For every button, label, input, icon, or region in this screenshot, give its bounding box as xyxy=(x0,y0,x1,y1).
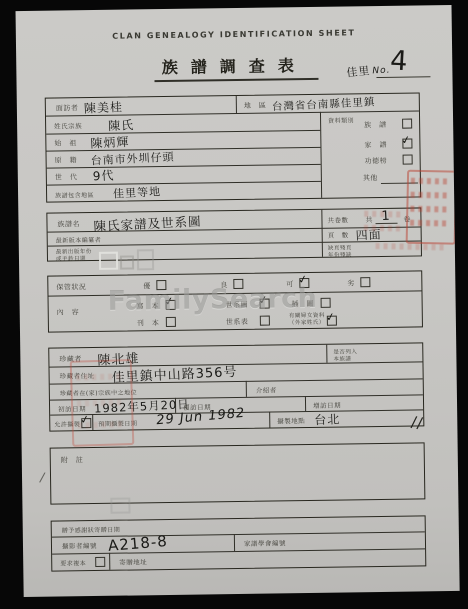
content-label: 內 容 xyxy=(57,307,80,317)
title-underline xyxy=(154,78,318,82)
content-women-label-line2: （外家姓氏） xyxy=(289,318,325,327)
grid-line xyxy=(234,534,235,551)
generations-value: 9代 xyxy=(92,166,114,184)
familysearch-logo-mark xyxy=(137,249,154,270)
coverage-value: 佳里等地 xyxy=(113,183,162,201)
checkbox-illustrations xyxy=(321,298,331,308)
checkbox-request-copy xyxy=(95,557,105,567)
form-english-title: CLAN GENEALOGY IDENTIFICATION SHEET xyxy=(16,27,452,42)
red-seal-stamp-right xyxy=(357,155,455,265)
category-label: 資料類別 xyxy=(328,115,354,124)
stray-pen-slash: ∕ xyxy=(39,470,47,486)
stray-pen-slashes: ∕∕ xyxy=(410,413,425,433)
sheet-no-label: No. xyxy=(372,66,391,77)
pubyear-label-line2: 或手鈔日期 xyxy=(56,254,86,262)
condition-label: 保管狀況 xyxy=(56,282,86,292)
thanks-certificate-label: 贈予感謝狀寄贈日期 xyxy=(62,525,121,535)
grid-line xyxy=(246,381,247,397)
grid-line xyxy=(46,130,320,135)
origin-label: 原 籍 xyxy=(55,155,78,165)
content-pedigree-table-label: 世系表 xyxy=(226,317,249,327)
society-no-label: 家譜學會編號 xyxy=(244,538,286,548)
checkbox-printed xyxy=(166,317,176,327)
category-zupu-label: 族 譜 xyxy=(364,120,387,130)
content-printed-label: 刊 本 xyxy=(137,318,160,328)
clan-label: 姓氏宗族 xyxy=(54,121,82,130)
grid-line xyxy=(47,164,321,169)
section-admin: 贈予感謝狀寄贈日期 攝影者編號 A218-8 家譜學會編號 要求複本 寄贈地址 xyxy=(51,515,427,571)
familysearch-logo-mark xyxy=(99,252,118,270)
photographed-microfilm-frame: { "header": { "eyebrow": "CLAN GENEALOGY… xyxy=(0,0,468,609)
request-copy-label: 要求複本 xyxy=(60,558,86,567)
volumes-label: 共卷數 xyxy=(327,215,348,224)
area-label: 地 區 xyxy=(244,101,267,111)
checkbox-poor xyxy=(360,277,370,287)
book-title-value: 陳氏家譜及世系圖 xyxy=(93,212,202,235)
grid-line xyxy=(269,412,270,428)
photographer-no-label: 攝影者編號 xyxy=(62,541,97,550)
interviewer-value: 陳美桂 xyxy=(83,98,123,117)
familysearch-logo-mark xyxy=(110,498,130,514)
grid-line xyxy=(46,147,320,152)
checkmark-jiapu: ✓ xyxy=(400,133,411,147)
sheet-number-underline xyxy=(376,76,430,78)
stamp-stroke xyxy=(376,243,446,250)
grid-line xyxy=(47,181,321,186)
pages-label: 頁 數 xyxy=(328,230,349,239)
stamp-stroke xyxy=(364,211,404,218)
familysearch-watermark: FamilySearch xyxy=(107,283,317,317)
listed-label-line2: 本族譜 xyxy=(333,354,351,362)
grid-line xyxy=(320,112,322,198)
sheet-number-handwritten: 4 xyxy=(389,45,409,77)
stamp-stroke xyxy=(411,178,449,185)
familysearch-logo-mark xyxy=(120,255,134,269)
grid-line xyxy=(109,553,110,570)
stamp-stroke xyxy=(364,225,404,232)
sheet-town-handwritten: 佳里 xyxy=(346,62,371,80)
coverage-label: 族譜包含地區 xyxy=(55,190,94,200)
stamp-stroke xyxy=(411,192,449,199)
generations-label: 世 代 xyxy=(55,172,78,182)
film-place-label: 攝製地點 xyxy=(277,416,305,425)
introducer-label: 介紹者 xyxy=(256,385,277,394)
red-seal-stamp-left xyxy=(70,359,135,447)
checkbox-pedigree-table xyxy=(260,316,270,326)
grid-line xyxy=(321,210,323,257)
scanned-genealogy-form: CLAN GENEALOGY IDENTIFICATION SHEET 族譜調查… xyxy=(16,5,460,597)
grid-line xyxy=(326,345,327,363)
grid-line xyxy=(305,396,306,411)
founder-value: 陳炳輝 xyxy=(90,133,130,152)
category-jiapu-label: 家 譜 xyxy=(364,140,387,150)
missing-pages-label-line2: 年份殘缺 xyxy=(328,250,352,258)
clan-value: 陳氏 xyxy=(108,116,135,134)
mailing-address-label: 寄贈地址 xyxy=(119,557,147,566)
stamp-stroke xyxy=(410,206,448,213)
film-place-value: 台北 xyxy=(314,410,341,428)
interviewer-label: 面訪者 xyxy=(56,103,79,113)
checkmark-women-data: ✓ xyxy=(325,310,336,324)
extra-visit-label: 增訪日期 xyxy=(313,401,341,410)
founder-label: 始 祖 xyxy=(54,138,77,148)
book-title-label: 族譜名 xyxy=(57,219,80,229)
notes-label: 附 註 xyxy=(61,455,84,465)
grid-line xyxy=(236,96,237,113)
checkbox-zupu xyxy=(402,119,412,129)
condition-poor-label: 劣 xyxy=(347,278,355,288)
stamp-stroke xyxy=(410,220,448,227)
section-notes: 附 註 xyxy=(50,442,426,504)
compiler-label: 最新版本編纂者 xyxy=(56,235,102,245)
